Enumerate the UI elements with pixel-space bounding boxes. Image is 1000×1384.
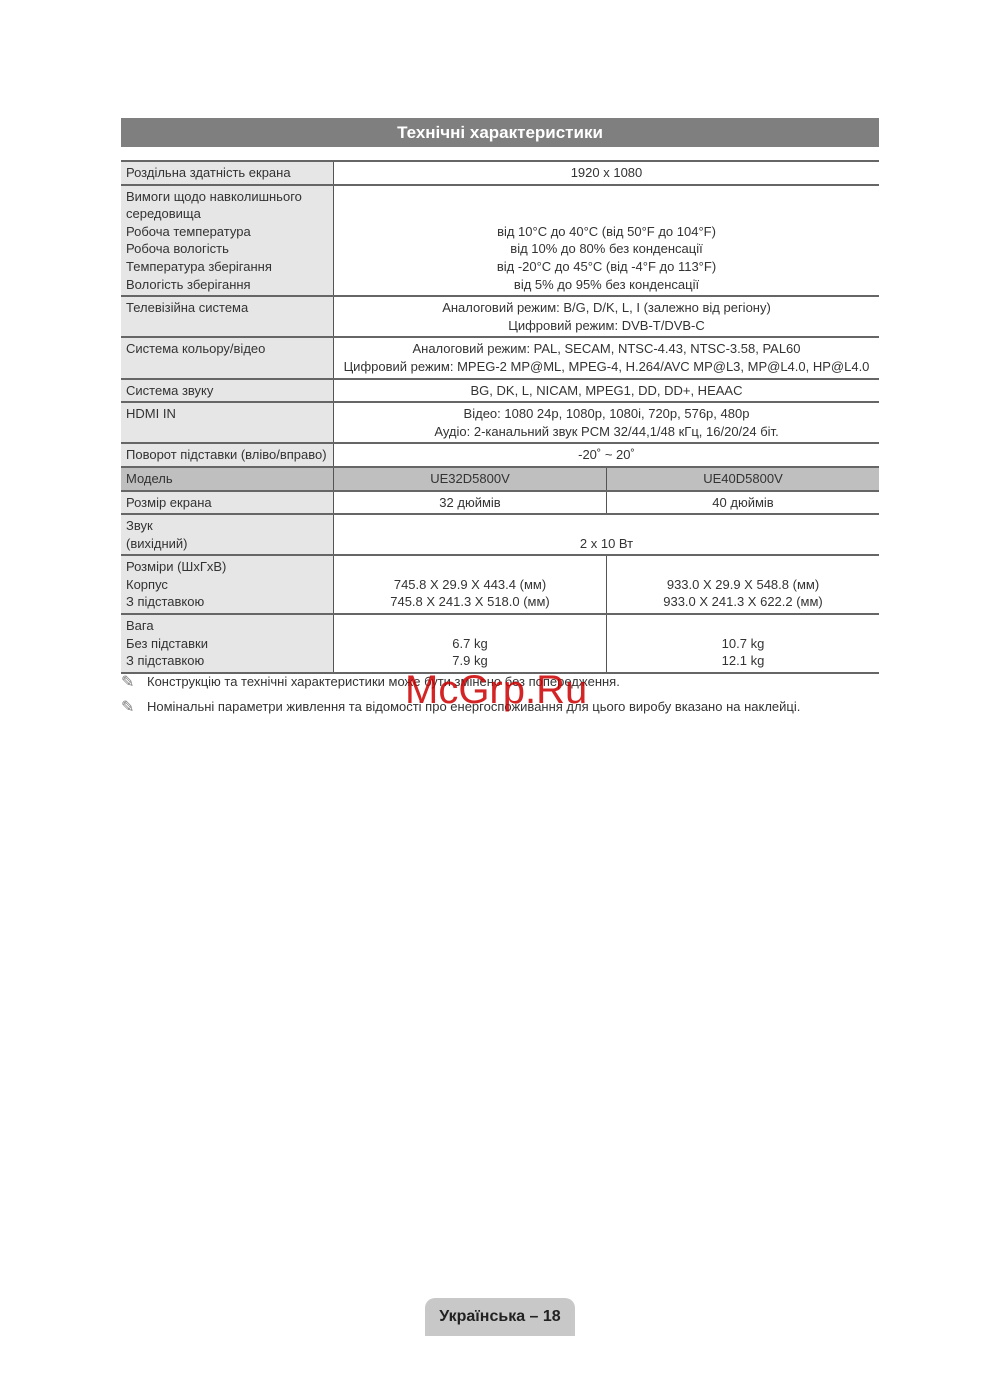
- row-value: BG, DK, L, NICAM, MPEG1, DD, DD+, HEAAC: [334, 379, 880, 403]
- row-label: Роздільна здатність екрана: [121, 161, 334, 185]
- row-value: 10.7 kg 12.1 kg: [607, 614, 880, 673]
- table-row: Роздільна здатність екрана 1920 x 1080: [121, 161, 879, 185]
- table-row: Розмір екрана 32 дюймів 40 дюймів: [121, 491, 879, 515]
- table-row: HDMI IN Відео: 1080 24p, 1080p, 1080i, 7…: [121, 402, 879, 443]
- model-value: UE32D5800V: [334, 467, 607, 491]
- table-row: Система кольору/відео Аналоговий режим: …: [121, 337, 879, 378]
- table-row: Звук (вихідний) 2 x 10 Вт: [121, 514, 879, 555]
- row-value: 745.8 X 29.9 X 443.4 (мм) 745.8 X 241.3 …: [334, 555, 607, 614]
- row-value: -20˚ ~ 20˚: [334, 443, 880, 467]
- pencil-note-icon: ✎: [121, 697, 141, 717]
- row-value: 6.7 kg 7.9 kg: [334, 614, 607, 673]
- pencil-note-icon: ✎: [121, 672, 141, 692]
- row-label: Звук (вихідний): [121, 514, 334, 555]
- table-row: Розміри (ШxГxВ) Корпус З підставкою 745.…: [121, 555, 879, 614]
- row-value: 1920 x 1080: [334, 161, 880, 185]
- table-row: Телевізійна система Аналоговий режим: B/…: [121, 296, 879, 337]
- row-value: від 10°C до 40°C (від 50°F до 104°F) від…: [334, 185, 880, 297]
- row-value: 933.0 X 29.9 X 548.8 (мм) 933.0 X 241.3 …: [607, 555, 880, 614]
- watermark: McGrp.Ru: [405, 668, 587, 713]
- row-label: Розміри (ШxГxВ) Корпус З підставкою: [121, 555, 334, 614]
- row-value: 2 x 10 Вт: [334, 514, 880, 555]
- page-footer: Українська – 18: [425, 1298, 575, 1336]
- spec-table: Роздільна здатність екрана 1920 x 1080 В…: [121, 160, 879, 674]
- row-label: Система звуку: [121, 379, 334, 403]
- row-value: Аналоговий режим: PAL, SECAM, NTSC-4.43,…: [334, 337, 880, 378]
- row-label: Телевізійна система: [121, 296, 334, 337]
- row-label: Вимоги щодо навколишнього середовища Роб…: [121, 185, 334, 297]
- table-row: Вимоги щодо навколишнього середовища Роб…: [121, 185, 879, 297]
- row-value: Відео: 1080 24p, 1080p, 1080i, 720p, 576…: [334, 402, 880, 443]
- table-row: Вага Без підставки З підставкою 6.7 kg 7…: [121, 614, 879, 673]
- row-label: Поворот підставки (вліво/вправо): [121, 443, 334, 467]
- row-value: 40 дюймів: [607, 491, 880, 515]
- row-label: Розмір екрана: [121, 491, 334, 515]
- table-row: Система звуку BG, DK, L, NICAM, MPEG1, D…: [121, 379, 879, 403]
- row-label: Вага Без підставки З підставкою: [121, 614, 334, 673]
- row-label: Система кольору/відео: [121, 337, 334, 378]
- row-label: Модель: [121, 467, 334, 491]
- table-row: Поворот підставки (вліво/вправо) -20˚ ~ …: [121, 443, 879, 467]
- table-row-model: Модель UE32D5800V UE40D5800V: [121, 467, 879, 491]
- row-label: HDMI IN: [121, 402, 334, 443]
- row-value: Аналоговий режим: B/G, D/K, L, I (залежн…: [334, 296, 880, 337]
- page-title: Технічні характеристики: [121, 118, 879, 147]
- row-value: 32 дюймів: [334, 491, 607, 515]
- model-value: UE40D5800V: [607, 467, 880, 491]
